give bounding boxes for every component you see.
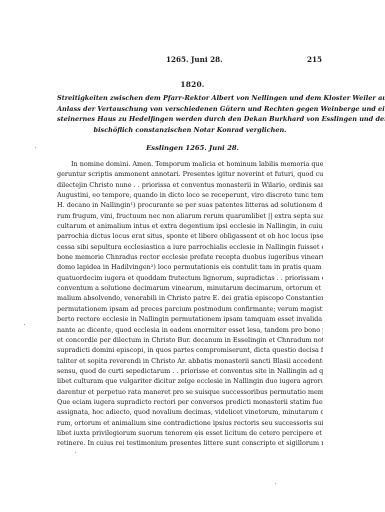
regest-line: bischöflich constanzischen Notar Konrad … [57,125,323,136]
scan-speck [275,483,276,484]
scan-speck [75,452,76,453]
body-line: taliter et sopita reverendi in Christo A… [57,356,323,366]
scan-speck [35,147,36,148]
body-line: berto rectore ecclesie in Nallingin perm… [57,314,323,324]
body-line: domo lapidea in Hadilvingen²) loco permu… [57,262,323,272]
body-line: geruntur scriptis ammonent annotari. Pre… [57,169,323,179]
body-line: sensu, quod de curti sepedictarum . . pr… [57,366,323,376]
body-line: assignata, hoc adiecto, quod novalium de… [57,407,323,417]
body-line: permutationem ipsam ad preces parcium po… [57,304,323,314]
body-line: conventum a solutione decimarum vinearum… [57,283,323,293]
body-line: libet iuxta privilegiorum suorum tenorem… [57,428,323,438]
body-line: retinere. In cuius rei testimonium prese… [57,438,323,448]
body-line: dilectejin Christo nune . . priorissa et… [57,180,323,190]
body-line: bone memorie Chnradus rector ecclesie pr… [57,252,323,262]
regest-line: steinernes Haus zu Hedelfingen werden du… [57,114,323,125]
body-line: rum, ortorum et animalium sine contradic… [57,418,323,428]
body-line: nante ac dicente, quod ecclesia in eadem… [57,325,323,335]
body-line: In nomine domini. Amen. Temporum malicia… [57,159,323,169]
charter-body-text: In nomine domini. Amen. Temporum malicia… [57,159,323,449]
body-line: Augustini, eo tempore, quando in dicto l… [57,190,323,200]
page-number: 215 [307,55,322,64]
running-head: 1265. Juni 28. 215 [0,55,385,65]
body-line: quatuordecim iugera et quoddam frutectum… [57,273,323,283]
scan-speck [24,324,25,325]
document-number: 1820. [0,80,385,89]
scan-speck [196,436,197,437]
regest-line: Streitigkeiten zwischen dem Pfarr-Rektor… [57,93,323,104]
regest-summary: Streitigkeiten zwischen dem Pfarr-Rektor… [57,93,323,135]
body-line: Que eciam iugera supradicto rectori per … [57,397,323,407]
regest-line: Anlass der Vertauschung von verschiedene… [57,104,323,115]
body-line: cultarum et animalium intus et extra deg… [57,221,323,231]
body-line: supradicti domini episcopi, in quos part… [57,345,323,355]
running-head-date: 1265. Juni 28. [166,55,223,64]
body-line: malium absolvendo, venerabili in Christo… [57,293,323,303]
body-line: cessa sibi sepultura ecclesiastica a iur… [57,242,323,252]
body-line: rum frugum, vini, fructuum nec non aliar… [57,211,323,221]
body-line: H. decano in Nallingin¹) procurante se p… [57,200,323,210]
body-line: darentur et perpetuo rata maneret pro se… [57,387,323,397]
dateline: Esslingen 1265. Juni 28. [0,144,385,152]
body-line: parrochia dictus locus erat situs, spont… [57,231,323,241]
body-line: et concordie per dilectum in Christo Bur… [57,335,323,345]
body-line: libet culturam que vulgariter dicitur ze… [57,376,323,386]
